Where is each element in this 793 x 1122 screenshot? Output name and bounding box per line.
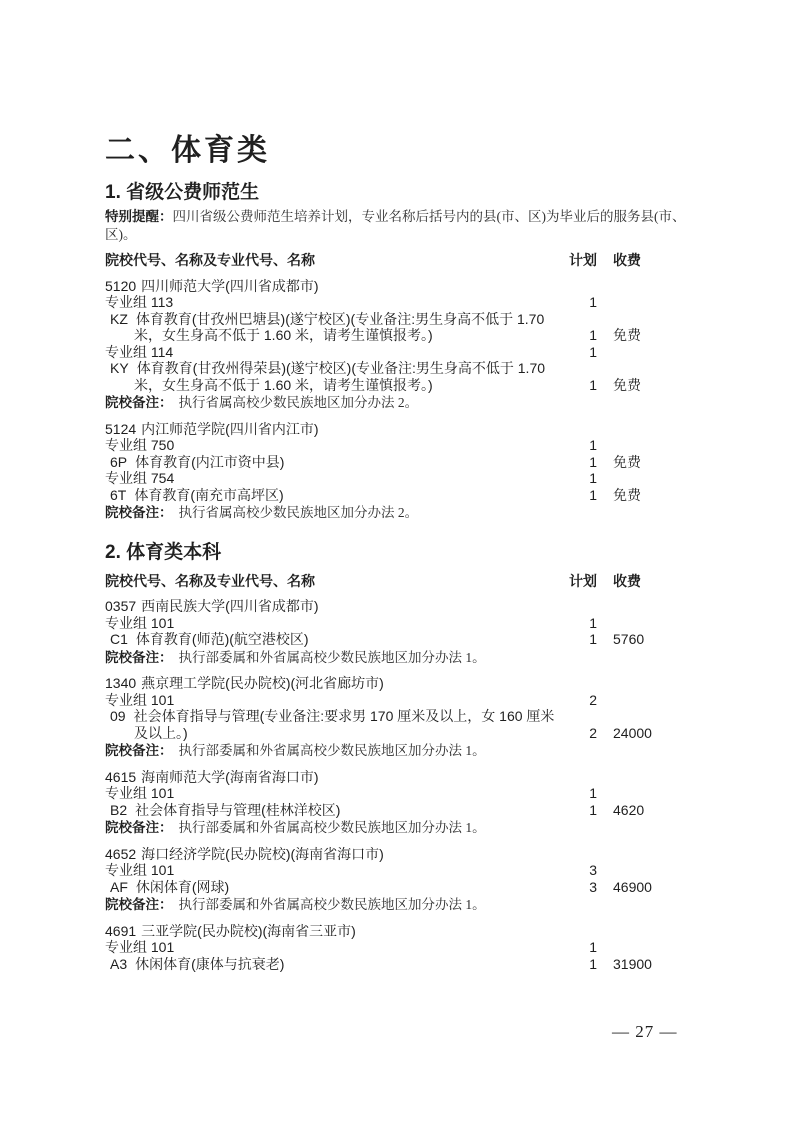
college-name: 海口经济学院(民办院校)(海南省海口市) [141,846,384,862]
program-code: 09 [110,708,126,725]
program-name: 体育教育(甘孜州得荣县)(遂宁校区)(专业备注:男生身高不低于 1.70 米，女… [134,360,545,393]
table-header-row: 院校代号、名称及专业代号、名称 计划 收费 [105,252,691,269]
plan-value: 1 [557,785,597,802]
column-header-fee: 收费 [613,252,691,269]
remark-label: 院校备注： [105,395,173,410]
college-code: 4615 [105,769,136,785]
plan-value: 1 [557,631,597,648]
plan-value: 1 [557,437,597,454]
program-name: 社会体育指导与管理(专业备注:要求男 170 厘米及以上，女 160 厘米及以上… [134,708,555,741]
table-row: 专业组 113 1 [105,294,691,311]
plan-value: 2 [557,725,597,742]
college-name: 燕京理工学院(民办院校)(河北省廊坊市) [141,675,384,691]
remark-text: 执行部委属和外省属高校少数民族地区加分办法 1。 [179,650,486,665]
program-code: C1 [110,631,128,648]
plan-value: 1 [557,454,597,471]
college-code: 4652 [105,846,136,862]
program-entry: 6P体育教育(内江市资中县) [105,454,557,471]
college-title: 4652海口经济学院(民办院校)(海南省海口市) [105,846,691,863]
fee-value: 4620 [613,802,691,819]
table-row: 专业组 101 2 [105,692,691,709]
program-entry: AF休闲体育(网球) [105,879,557,896]
college-code: 1340 [105,675,136,691]
college-name: 四川师范大学(四川省成都市) [141,278,318,294]
table-row: C1体育教育(师范)(航空港校区) 1 5760 [105,631,691,648]
fee-value: 免费 [613,487,691,504]
column-header-name: 院校代号、名称及专业代号、名称 [105,252,557,269]
table-header-row: 院校代号、名称及专业代号、名称 计划 收费 [105,573,691,590]
plan-value: 2 [557,692,597,709]
fee-value: 24000 [613,725,691,742]
table-row: 专业组 754 1 [105,470,691,487]
college-block: 4652海口经济学院(民办院校)(海南省海口市) 专业组 101 3 AF休闲体… [105,846,691,914]
major-group-label: 专业组 101 [105,862,557,879]
remark-label: 院校备注： [105,743,173,758]
plan-value: 1 [557,294,597,311]
fee-value: 46900 [613,879,691,896]
college-block: 0357西南民族大学(四川省成都市) 专业组 101 1 C1体育教育(师范)(… [105,598,691,666]
college-title: 4615海南师范大学(海南省海口市) [105,769,691,786]
remark-label: 院校备注： [105,897,173,912]
plan-value: 3 [557,862,597,879]
table-row: 6P体育教育(内江市资中县) 1 免费 [105,454,691,471]
column-header-name: 院校代号、名称及专业代号、名称 [105,573,557,590]
plan-value: 1 [557,327,597,344]
college-block: 5120四川师范大学(四川省成都市) 专业组 113 1 KZ体育教育(甘孜州巴… [105,278,691,412]
remark-text: 执行部委属和外省属高校少数民族地区加分办法 1。 [179,820,486,835]
remark-text: 执行部委属和外省属高校少数民族地区加分办法 1。 [179,897,486,912]
college-remark: 院校备注：执行部委属和外省属高校少数民族地区加分办法 1。 [105,897,691,914]
remark-label: 院校备注： [105,650,173,665]
plan-value: 1 [557,377,597,394]
major-group-label: 专业组 101 [105,939,557,956]
fee-value: 免费 [613,377,691,394]
program-entry: B2社会体育指导与管理(桂林洋校区) [105,802,557,819]
college-remark: 院校备注：执行省属高校少数民族地区加分办法 2。 [105,505,691,522]
major-group-label: 专业组 101 [105,785,557,802]
program-code: B2 [110,802,127,819]
remark-text: 执行部委属和外省属高校少数民族地区加分办法 1。 [179,743,486,758]
page-number: — 27 — [612,1022,678,1042]
program-entry: C1体育教育(师范)(航空港校区) [105,631,557,648]
table-row: 专业组 101 1 [105,785,691,802]
major-group-label: 专业组 754 [105,470,557,487]
program-name: 休闲体育(网球) [136,879,229,895]
program-code: A3 [110,956,127,973]
table-row: KY体育教育(甘孜州得荣县)(遂宁校区)(专业备注:男生身高不低于 1.70 米… [105,360,691,393]
college-title: 1340燕京理工学院(民办院校)(河北省廊坊市) [105,675,691,692]
column-header-fee: 收费 [613,573,691,590]
notice-text: 四川省级公费师范生培养计划，专业名称后括号内的县(市、区)为毕业后的服务县(市、… [105,209,686,242]
college-remark: 院校备注：执行部委属和外省属高校少数民族地区加分办法 1。 [105,820,691,837]
table-row: 专业组 101 1 [105,615,691,632]
college-block: 1340燕京理工学院(民办院校)(河北省廊坊市) 专业组 101 2 09社会体… [105,675,691,760]
college-title: 0357西南民族大学(四川省成都市) [105,598,691,615]
college-block: 4615海南师范大学(海南省海口市) 专业组 101 1 B2社会体育指导与管理… [105,769,691,837]
fee-value: 5760 [613,631,691,648]
major-group-label: 专业组 114 [105,344,557,361]
table-row: B2社会体育指导与管理(桂林洋校区) 1 4620 [105,802,691,819]
college-name: 三亚学院(民办院校)(海南省三亚市) [141,923,356,939]
major-group-label: 专业组 113 [105,294,557,311]
section-provincial-free-normal-students: 1. 省级公费师范生 特别提醒：四川省级公费师范生培养计划，专业名称后括号内的县… [105,181,691,522]
plan-value: 3 [557,879,597,896]
table-row: 专业组 114 1 [105,344,691,361]
college-name: 海南师范大学(海南省海口市) [141,769,318,785]
remark-label: 院校备注： [105,820,173,835]
table-row: A3休闲体育(康体与抗衰老) 1 31900 [105,956,691,973]
program-name: 休闲体育(康体与抗衰老) [135,956,284,972]
remark-label: 院校备注： [105,505,173,520]
plan-value: 1 [557,939,597,956]
program-entry: KY体育教育(甘孜州得荣县)(遂宁校区)(专业备注:男生身高不低于 1.70 米… [105,360,557,393]
table-row: KZ体育教育(甘孜州巴塘县)(遂宁校区)(专业备注:男生身高不低于 1.70 米… [105,311,691,344]
college-block: 4691三亚学院(民办院校)(海南省三亚市) 专业组 101 1 A3休闲体育(… [105,923,691,973]
major-group-label: 专业组 101 [105,692,557,709]
college-title: 4691三亚学院(民办院校)(海南省三亚市) [105,923,691,940]
fee-value: 31900 [613,956,691,973]
page-content: 二、体育类 1. 省级公费师范生 特别提醒：四川省级公费师范生培养计划，专业名称… [105,134,691,972]
major-group-label: 专业组 101 [105,615,557,632]
fee-value: 免费 [613,327,691,344]
program-code: 6P [110,454,127,471]
plan-value: 1 [557,956,597,973]
table-row: 6T体育教育(南充市高坪区) 1 免费 [105,487,691,504]
college-name: 西南民族大学(四川省成都市) [141,598,318,614]
fee-value: 免费 [613,454,691,471]
program-code: AF [110,879,128,896]
column-header-plan: 计划 [557,573,597,590]
college-remark: 院校备注：执行省属高校少数民族地区加分办法 2。 [105,395,691,412]
program-entry: A3休闲体育(康体与抗衰老) [105,956,557,973]
program-code: KZ [110,311,128,328]
college-title: 5120四川师范大学(四川省成都市) [105,278,691,295]
table-row: 专业组 101 1 [105,939,691,956]
program-entry: 09社会体育指导与管理(专业备注:要求男 170 厘米及以上，女 160 厘米及… [105,708,557,741]
section-sports-undergraduate: 2. 体育类本科 院校代号、名称及专业代号、名称 计划 收费 0357西南民族大… [105,541,691,973]
college-code: 5124 [105,421,136,437]
college-block: 5124内江师范学院(四川省内江市) 专业组 750 1 6P体育教育(内江市资… [105,421,691,522]
plan-value: 1 [557,802,597,819]
program-code: 6T [110,487,126,504]
table-row: 09社会体育指导与管理(专业备注:要求男 170 厘米及以上，女 160 厘米及… [105,708,691,741]
page-title: 二、体育类 [105,134,691,168]
remark-text: 执行省属高校少数民族地区加分办法 2。 [179,505,419,520]
table-row: AF休闲体育(网球) 3 46900 [105,879,691,896]
plan-value: 1 [557,470,597,487]
program-name: 体育教育(甘孜州巴塘县)(遂宁校区)(专业备注:男生身高不低于 1.70 米，女… [134,311,544,344]
college-remark: 院校备注：执行部委属和外省属高校少数民族地区加分办法 1。 [105,743,691,760]
college-remark: 院校备注：执行部委属和外省属高校少数民族地区加分办法 1。 [105,650,691,667]
notice-label: 特别提醒： [105,209,173,224]
section-heading: 1. 省级公费师范生 [105,181,691,205]
program-entry: 6T体育教育(南充市高坪区) [105,487,557,504]
program-name: 社会体育指导与管理(桂林洋校区) [135,802,340,818]
column-header-plan: 计划 [557,252,597,269]
document-page: 二、体育类 1. 省级公费师范生 特别提醒：四川省级公费师范生培养计划，专业名称… [0,0,793,1122]
program-name: 体育教育(内江市资中县) [135,454,284,470]
college-name: 内江师范学院(四川省内江市) [141,421,318,437]
table-row: 专业组 101 3 [105,862,691,879]
plan-value: 1 [557,344,597,361]
program-name: 体育教育(师范)(航空港校区) [136,631,309,647]
major-group-label: 专业组 750 [105,437,557,454]
special-notice: 特别提醒：四川省级公费师范生培养计划，专业名称后括号内的县(市、区)为毕业后的服… [105,208,691,244]
college-code: 4691 [105,923,136,939]
program-code: KY [110,360,129,377]
college-code: 5120 [105,278,136,294]
table-row: 专业组 750 1 [105,437,691,454]
section-heading: 2. 体育类本科 [105,541,691,565]
college-code: 0357 [105,598,136,614]
plan-value: 1 [557,615,597,632]
program-entry: KZ体育教育(甘孜州巴塘县)(遂宁校区)(专业备注:男生身高不低于 1.70 米… [105,311,557,344]
plan-value: 1 [557,487,597,504]
remark-text: 执行省属高校少数民族地区加分办法 2。 [179,395,419,410]
college-title: 5124内江师范学院(四川省内江市) [105,421,691,438]
program-name: 体育教育(南充市高坪区) [134,487,283,503]
